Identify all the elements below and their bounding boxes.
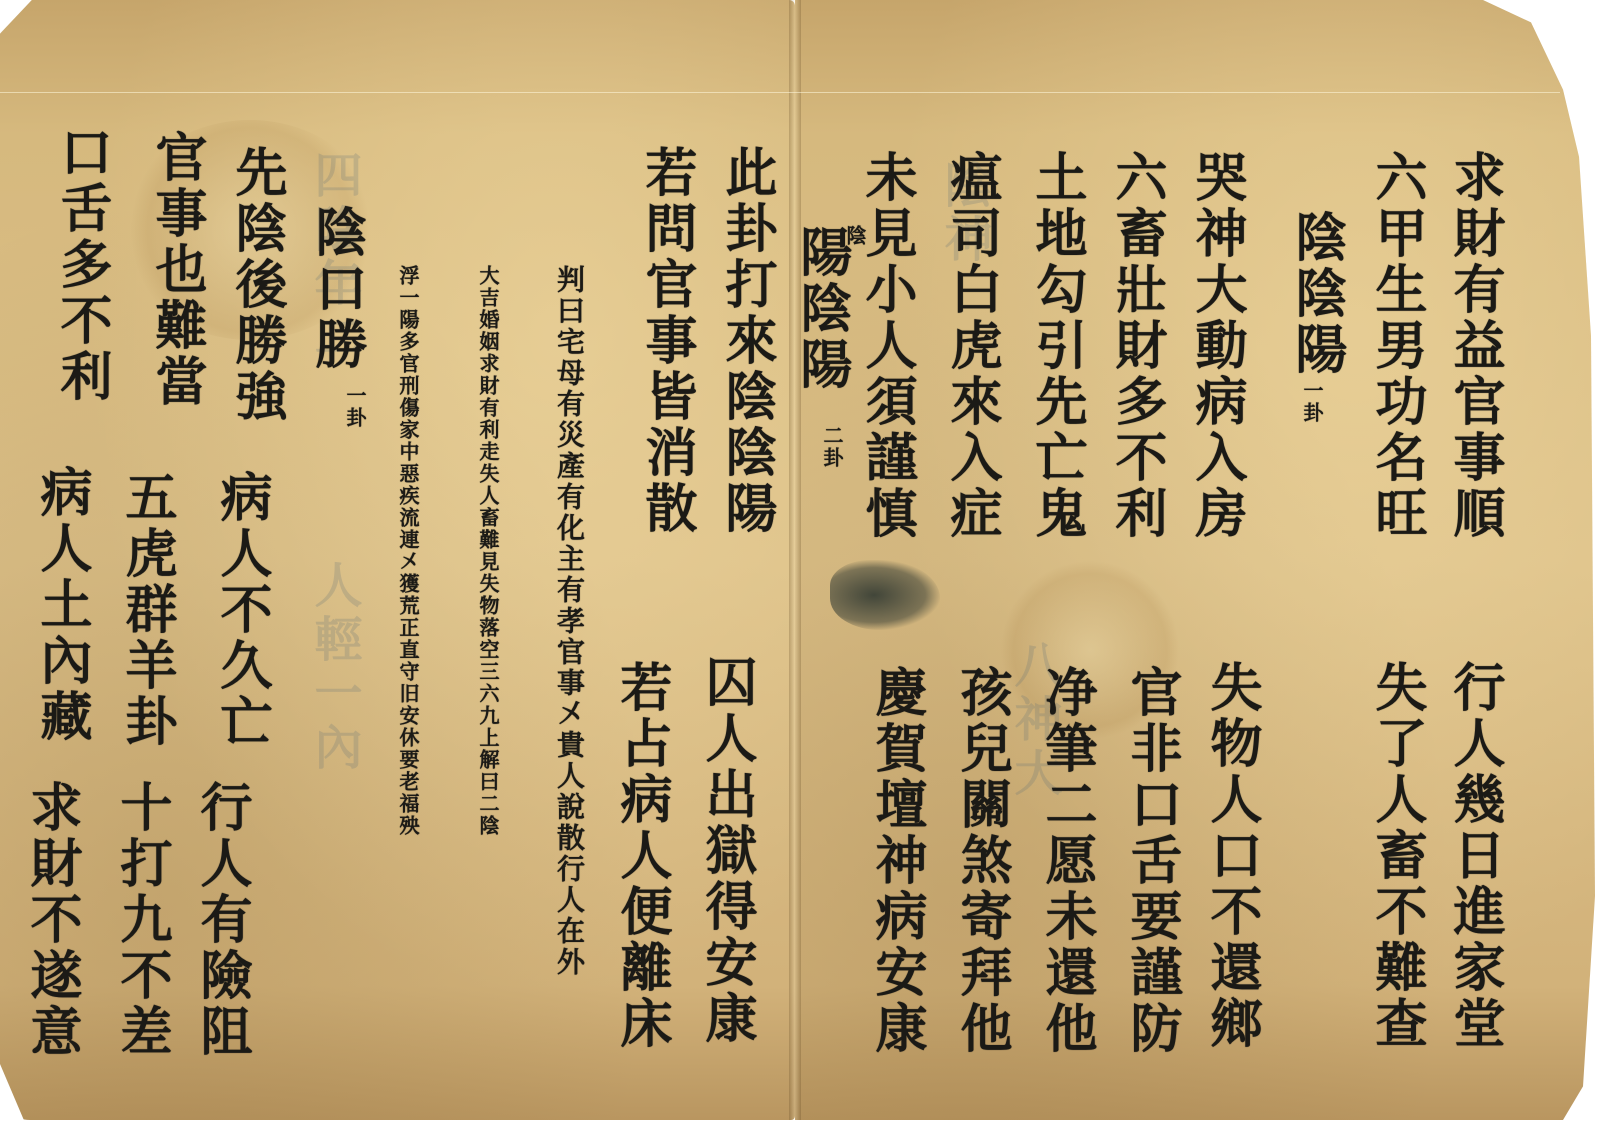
text-column: 若占病人便離床 [615,660,667,1052]
text-column-small: 判曰宅母有災產有化主有孝官事㐅貴人說散行人在外 [555,265,583,1025]
text-column: 行人幾日進家堂 [1448,660,1500,1052]
fold-line [0,92,1560,93]
text-column: 净筆二愿未還他 [1040,665,1092,1057]
text-column: 六畜壯財多不利 [1110,150,1162,542]
text-column: 官事也難當 [150,130,202,410]
text-column: 十打九不差 [115,780,167,1060]
text-column: 孩兒關煞寄拜他 [955,665,1007,1057]
hexagram-note: 一卦 [345,385,365,429]
text-column: 陰陰陽 [1290,210,1342,378]
text-column: 若問官事皆消散 [640,145,692,537]
text-column: 失物人口不還鄉 [1205,660,1257,1052]
text-column: 土地勾引先亡鬼 [1030,150,1082,542]
text-column: 六甲生男功名旺 [1370,150,1422,542]
text-column: 囚人出獄得安康 [700,655,752,1047]
commentary-column: 浮一陽多官刑傷家中惡疾流連㐅獲荒正直守旧安休要老福殃 [398,265,418,1025]
hexagram-note: 二卦 [822,425,842,469]
text-column: 陽陰陽 [795,225,847,393]
text-column: 未見小人須謹慎 [860,150,912,542]
text-column: 口舌多不利 [55,125,107,405]
text-column: 陰口勝 [310,205,362,373]
text-column: 病人土內藏 [35,465,87,745]
hexagram-note: 一卦 [1302,380,1322,424]
text-column: 官非口舌要謹防 [1125,665,1177,1057]
text-column: 瘟司白虎來入症 [945,150,997,542]
text-column: 行人有險阻 [195,780,247,1060]
bleed-through-text: 人輕一內 [300,560,369,776]
text-column: 求財有益官事順 [1448,150,1500,542]
manuscript-spread: 四陰年二 人輕一內 陰神 八神大 求財有益官事順 六甲生男功名旺 陰陰陽 一卦 … [0,0,1605,1136]
commentary-column: 大吉婚姻求財有利走失人畜難見失物落空三六九上解曰二陰 [478,265,498,1025]
text-column: 五虎群羊卦 [120,470,172,750]
binding-gutter [789,0,801,1120]
text-column: 先陰後勝強 [230,145,282,425]
text-column: 此卦打來陰陰陽 [720,145,772,537]
text-column: 哭神大動病入房 [1190,150,1242,542]
text-column: 求財不遂意 [25,780,77,1060]
text-column: 慶賀壇神病安康 [870,665,922,1057]
text-column: 病人不久亡 [215,470,267,750]
text-column: 失了人畜不難查 [1370,660,1422,1052]
